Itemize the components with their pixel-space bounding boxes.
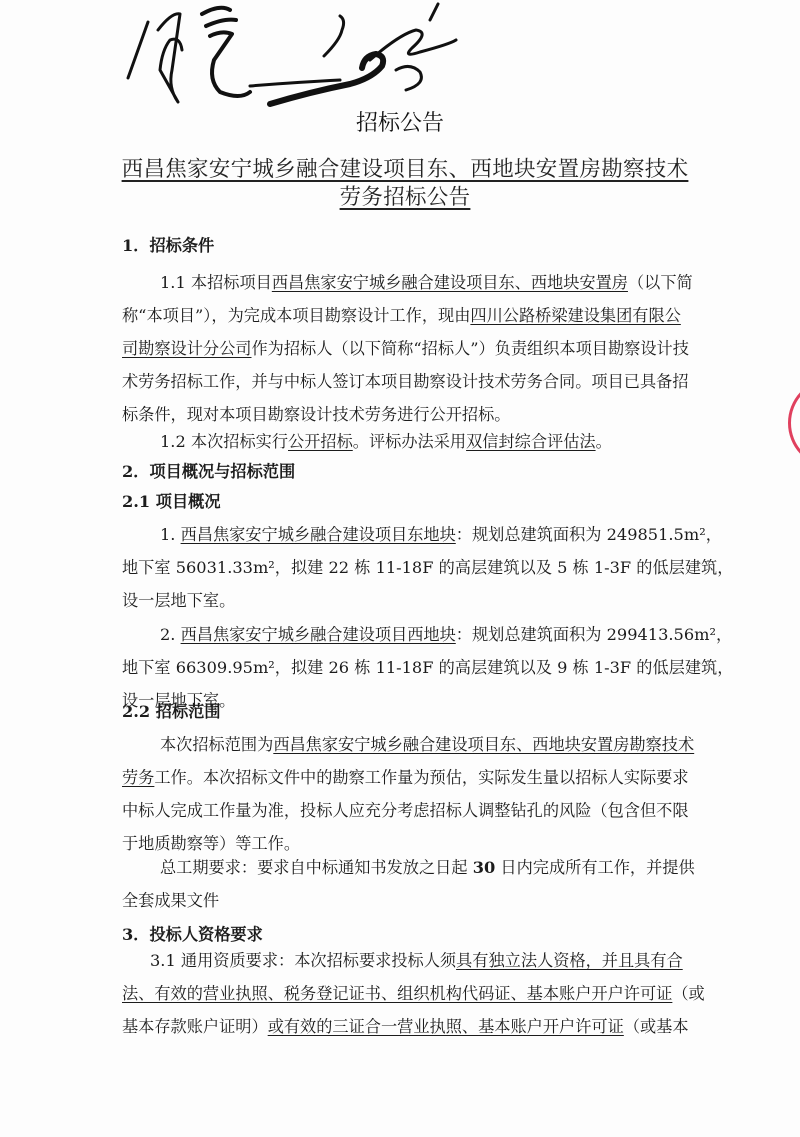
section-2-1-heading: 2.1 项目概况 bbox=[122, 492, 221, 512]
para-1-1-line-2: 称“本项目”），为完成本项目勘察设计工作，现由四川公路桥梁建设集团有限公 bbox=[122, 306, 681, 326]
scope-name: 西昌焦家安宁城乡融合建设项目东、西地块安置房勘察技术 bbox=[273, 735, 694, 754]
item-1-line-3: 设一层地下室。 bbox=[122, 591, 235, 611]
evaluation-method: 双信封综合评估法 bbox=[466, 432, 596, 451]
scope-line-3: 中标人完成工作量为准，投标人应充分考虑招标人调整钻孔的风险（包含但不限 bbox=[122, 801, 689, 821]
para-3-1-line-1: 3.1 通用资质要求：本次招标要求投标人须具有独立法人资格，并且具有合 bbox=[150, 951, 683, 971]
project-name: 西昌焦家安宁城乡融合建设项目东、西地块安置房 bbox=[272, 273, 628, 292]
para-1-1-line-4: 术劳务招标工作，并与中标人签订本项目勘察设计技术劳务合同。项目已具备招 bbox=[122, 372, 689, 392]
item-2-line-1: 2. 西昌焦家安宁城乡融合建设项目西地块：规划总建筑面积为 299413.56m… bbox=[160, 625, 732, 645]
red-seal-stamp-icon bbox=[788, 378, 800, 468]
duration-line-1: 总工期要求：要求自中标通知书发放之日起 30 日内完成所有工作，并提供 bbox=[160, 858, 695, 878]
item-1-line-2: 地下室 56031.33m²，拟建 22 栋 11-18F 的高层建筑以及 5 … bbox=[122, 558, 733, 578]
item-2-line-2: 地下室 66309.95m²，拟建 26 栋 11-18F 的高层建筑以及 9 … bbox=[122, 658, 733, 678]
section-2-heading: 2．项目概况与招标范围 bbox=[122, 462, 295, 482]
handwritten-signature-icon bbox=[110, 0, 470, 115]
section-3-heading: 3．投标人资格要求 bbox=[122, 925, 263, 945]
para-1-1-line-5: 标条件，现对本项目勘察设计技术劳务进行公开招标。 bbox=[122, 405, 511, 425]
notice-heading: 招标公告 bbox=[0, 106, 800, 137]
para-3-1-line-2: 法、有效的营业执照、税务登记证书、组织机构代码证、基本账户开户许可证（或 bbox=[122, 984, 705, 1004]
para-1-1-line-3: 司勘察设计分公司作为招标人（以下简称“招标人”）负责组织本项目勘察设计技 bbox=[122, 339, 689, 359]
scope-line-4: 于地质勘察等）等工作。 bbox=[122, 834, 300, 854]
duration-line-2: 全套成果文件 bbox=[122, 891, 219, 911]
scope-line-2: 劳务工作。本次招标文件中的勘察工作量为预估，实际发生量以招标人实际要求 bbox=[122, 768, 689, 788]
section-2-2-heading: 2.2 招标范围 bbox=[122, 702, 221, 722]
document-page: 招标公告 西昌焦家安宁城乡融合建设项目东、西地块安置房勘察技术 劳务招标公告 1… bbox=[0, 0, 800, 1137]
para-1-1-line-1: 1.1 本招标项目西昌焦家安宁城乡融合建设项目东、西地块安置房（以下简 bbox=[160, 273, 693, 293]
document-title: 西昌焦家安宁城乡融合建设项目东、西地块安置房勘察技术 劳务招标公告 bbox=[110, 156, 700, 212]
tenderer-name: 四川公路桥梁建设集团有限公 bbox=[470, 306, 680, 325]
section-1-heading: 1．招标条件 bbox=[122, 236, 214, 256]
para-1-2: 1.2 本次招标实行公开招标。评标办法采用双信封综合评估法。 bbox=[160, 432, 612, 452]
title-line-2: 劳务招标公告 bbox=[340, 185, 471, 210]
scope-line-1: 本次招标范围为西昌焦家安宁城乡融合建设项目东、西地块安置房勘察技术 bbox=[160, 735, 694, 755]
west-plot-name: 西昌焦家安宁城乡融合建设项目西地块 bbox=[181, 625, 456, 644]
para-3-1-line-3: 基本存款账户证明）或有效的三证合一营业执照、基本账户开户许可证（或基本 bbox=[122, 1017, 689, 1037]
item-1-line-1: 1. 西昌焦家安宁城乡融合建设项目东地块：规划总建筑面积为 249851.5m²… bbox=[160, 525, 722, 545]
title-line-1: 西昌焦家安宁城乡融合建设项目东、西地块安置房勘察技术 bbox=[122, 157, 689, 182]
east-plot-name: 西昌焦家安宁城乡融合建设项目东地块 bbox=[181, 525, 456, 544]
tender-method: 公开招标 bbox=[288, 432, 353, 451]
duration-days: 30 bbox=[473, 858, 496, 877]
